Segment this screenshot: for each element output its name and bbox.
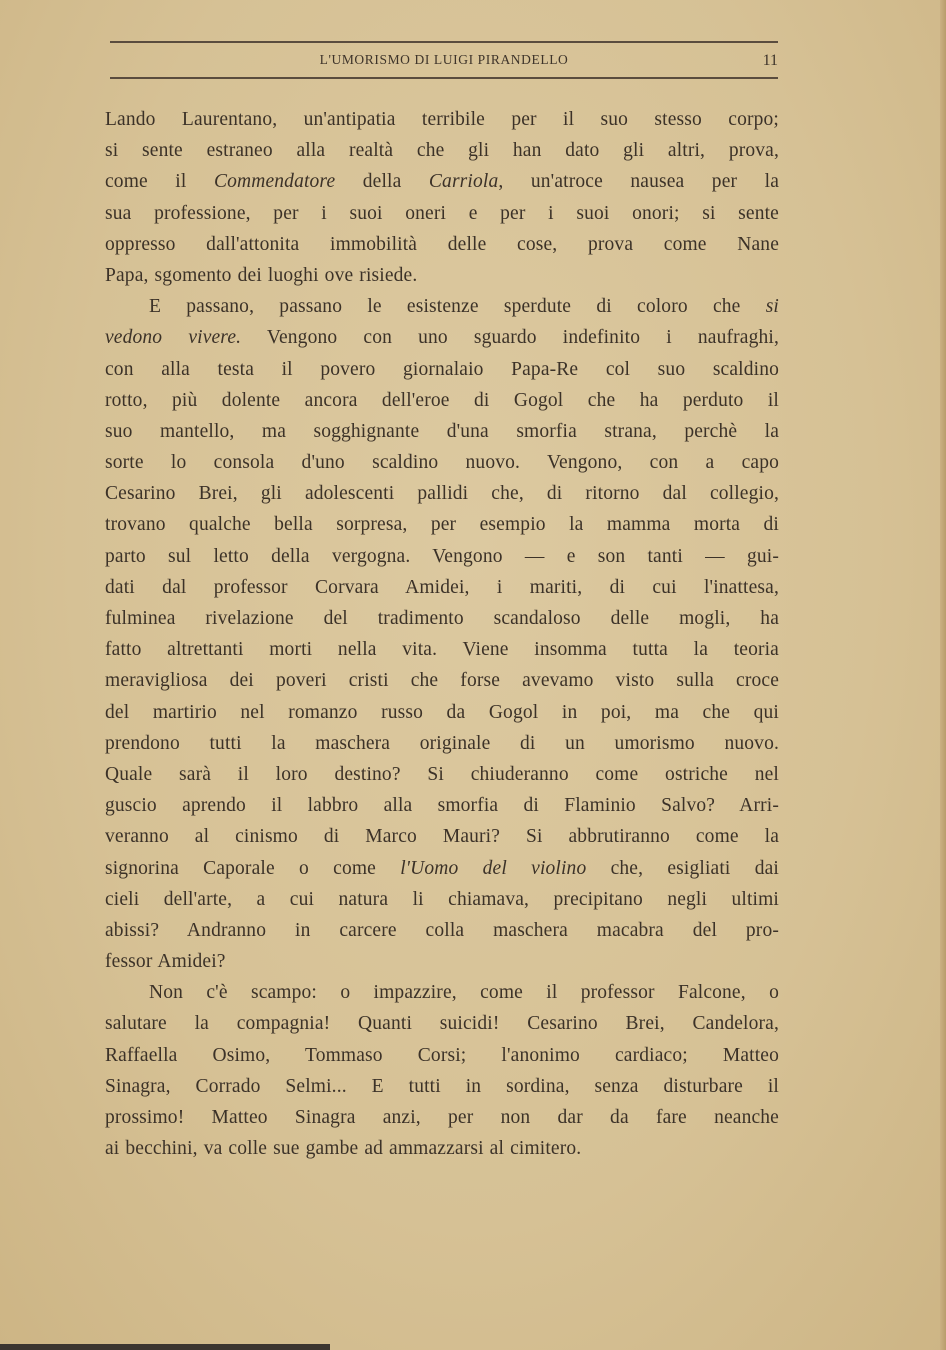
text-line: veranno al cinismo di Marco Mauri? Si ab… (105, 821, 779, 852)
text-segment: prendono tutti la maschera originale di … (105, 733, 779, 754)
text-segment: suo mantello, ma sogghignante d'una smor… (105, 421, 779, 442)
text-line: Sinagra, Corrado Selmi... E tutti in sor… (105, 1071, 779, 1102)
text-segment: Papa, sgomento dei luoghi ove risiede. (105, 265, 417, 286)
text-segment: della (335, 171, 429, 192)
text-segment: fessor Amidei? (105, 951, 226, 972)
text-segment: Cesarino Brei, gli adolescenti pallidi c… (105, 483, 779, 504)
text-line: rotto, più dolente ancora dell'eroe di G… (105, 385, 779, 416)
text-segment: parto sul letto della vergogna. Vengono … (105, 546, 779, 567)
text-segment: guscio aprendo il labbro alla smorfia di… (105, 795, 779, 816)
text-line: E passano, passano le esistenze sperdute… (105, 291, 779, 322)
scan-shadow (0, 1344, 330, 1350)
text-segment: veranno al cinismo di Marco Mauri? Si ab… (105, 826, 779, 847)
text-line: meravigliosa dei poveri cristi che forse… (105, 665, 779, 696)
text-line: Lando Laurentano, un'antipatia terribile… (105, 104, 779, 135)
text-line: fessor Amidei? (105, 946, 779, 977)
page-edge (940, 0, 946, 1350)
italic-text: si (766, 296, 779, 317)
text-segment: meravigliosa dei poveri cristi che forse… (105, 670, 779, 691)
text-line: guscio aprendo il labbro alla smorfia di… (105, 790, 779, 821)
text-segment: prossimo! Matteo Sinagra anzi, per non d… (105, 1107, 779, 1128)
text-line: Raffaella Osimo, Tommaso Corsi; l'anonim… (105, 1040, 779, 1071)
text-line: Quale sarà il loro destino? Si chiuderan… (105, 759, 779, 790)
text-segment: del martirio nel romanzo russo da Gogol … (105, 702, 779, 723)
text-segment: Vengono con uno sguardo indefinito i nau… (241, 327, 779, 348)
text-segment: sorte lo consola d'uno scaldino nuovo. V… (105, 452, 779, 473)
text-line: sorte lo consola d'uno scaldino nuovo. V… (105, 447, 779, 478)
text-line: signorina Caporale o come l'Uomo del vio… (105, 853, 779, 884)
text-line: prossimo! Matteo Sinagra anzi, per non d… (105, 1102, 779, 1133)
text-line: Papa, sgomento dei luoghi ove risiede. (105, 260, 779, 291)
body-text: Lando Laurentano, un'antipatia terribile… (105, 104, 779, 1164)
text-segment: con alla testa il povero giornalaio Papa… (105, 359, 779, 380)
text-line: come il Commendatore della Carriola, un'… (105, 166, 779, 197)
text-line: abissi? Andranno in carcere colla masche… (105, 915, 779, 946)
text-line: sua professione, per i suoi oneri e per … (105, 198, 779, 229)
text-line: Non c'è scampo: o impazzire, come il pro… (105, 977, 779, 1008)
paragraph: Non c'è scampo: o impazzire, come il pro… (105, 977, 779, 1164)
text-line: vedono vivere. Vengono con uno sguardo i… (105, 322, 779, 353)
text-segment: signorina Caporale o come (105, 858, 400, 879)
text-line: prendono tutti la maschera originale di … (105, 728, 779, 759)
text-line: si sente estraneo alla realtà che gli ha… (105, 135, 779, 166)
header-rule-top (110, 41, 778, 43)
text-line: parto sul letto della vergogna. Vengono … (105, 541, 779, 572)
text-segment: Raffaella Osimo, Tommaso Corsi; l'anonim… (105, 1045, 779, 1066)
paragraph: E passano, passano le esistenze sperdute… (105, 291, 779, 977)
text-segment: rotto, più dolente ancora dell'eroe di G… (105, 390, 779, 411)
text-segment: fatto altrettanti morti nella vita. Vien… (105, 639, 779, 660)
italic-text: l'Uomo del violino (400, 858, 586, 879)
text-line: oppresso dall'attonita immobilità delle … (105, 229, 779, 260)
text-line: salutare la compagnia! Quanti suicidi! C… (105, 1008, 779, 1039)
text-line: dati dal professor Corvara Amidei, i mar… (105, 572, 779, 603)
paragraph: Lando Laurentano, un'antipatia terribile… (105, 104, 779, 291)
text-line: ai becchini, va colle sue gambe ad ammaz… (105, 1133, 779, 1164)
text-segment: dati dal professor Corvara Amidei, i mar… (105, 577, 779, 598)
running-title: L'UMORISMO DI LUIGI PIRANDELLO (110, 52, 778, 68)
text-segment: abissi? Andranno in carcere colla masche… (105, 920, 779, 941)
text-segment: ai becchini, va colle sue gambe ad ammaz… (105, 1138, 581, 1159)
text-line: fatto altrettanti morti nella vita. Vien… (105, 634, 779, 665)
text-segment: Quale sarà il loro destino? Si chiuderan… (105, 764, 779, 785)
italic-text: vedono vivere. (105, 327, 241, 348)
italic-text: Commendatore (214, 171, 335, 192)
text-segment: come il (105, 171, 214, 192)
text-segment: cieli dell'arte, a cui natura li chiamav… (105, 889, 779, 910)
text-line: con alla testa il povero giornalaio Papa… (105, 354, 779, 385)
text-segment: Lando Laurentano, un'antipatia terribile… (105, 109, 779, 130)
text-line: trovano qualche bella sorpresa, per esem… (105, 509, 779, 540)
text-segment: che, esigliati dai (586, 858, 779, 879)
text-segment: E passano, passano le esistenze sperdute… (149, 296, 766, 317)
text-line: del martirio nel romanzo russo da Gogol … (105, 697, 779, 728)
text-segment: , un'atroce nausea per la (498, 171, 779, 192)
text-segment: si sente estraneo alla realtà che gli ha… (105, 140, 779, 161)
text-line: cieli dell'arte, a cui natura li chiamav… (105, 884, 779, 915)
italic-text: Carriola (429, 171, 498, 192)
text-segment: trovano qualche bella sorpresa, per esem… (105, 514, 779, 535)
text-segment: salutare la compagnia! Quanti suicidi! C… (105, 1013, 779, 1034)
running-head: L'UMORISMO DI LUIGI PIRANDELLO 11 (110, 52, 778, 72)
page-number: 11 (763, 52, 778, 70)
text-line: Cesarino Brei, gli adolescenti pallidi c… (105, 478, 779, 509)
text-segment: sua professione, per i suoi oneri e per … (105, 203, 779, 224)
text-segment: fulminea rivelazione del tradimento scan… (105, 608, 779, 629)
text-line: suo mantello, ma sogghignante d'una smor… (105, 416, 779, 447)
header-rule-bottom (110, 77, 778, 79)
book-page: L'UMORISMO DI LUIGI PIRANDELLO 11 Lando … (0, 0, 946, 1350)
text-segment: Sinagra, Corrado Selmi... E tutti in sor… (105, 1076, 779, 1097)
text-segment: oppresso dall'attonita immobilità delle … (105, 234, 779, 255)
text-line: fulminea rivelazione del tradimento scan… (105, 603, 779, 634)
text-segment: Non c'è scampo: o impazzire, come il pro… (149, 982, 779, 1003)
